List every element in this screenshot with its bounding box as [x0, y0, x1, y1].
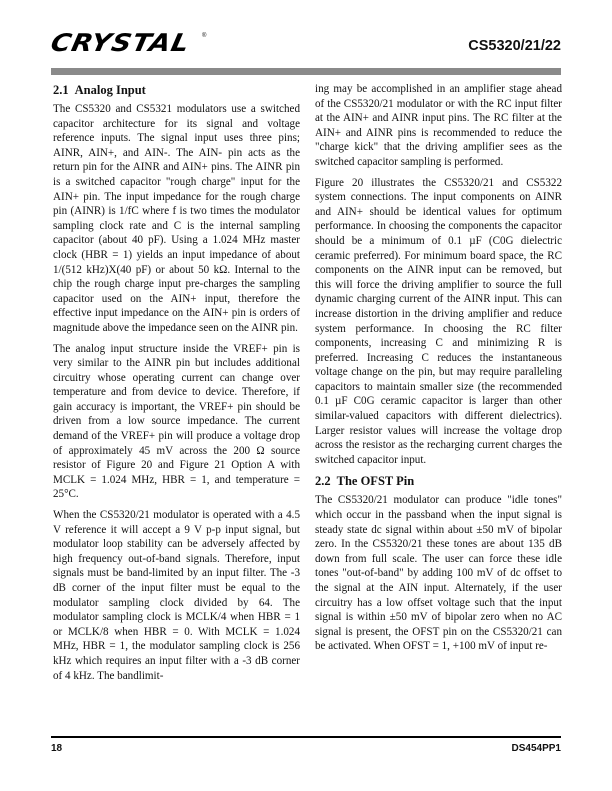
section-title: The OFST Pin — [337, 474, 415, 488]
registered-mark: ® — [202, 33, 206, 39]
header-divider-bar — [51, 68, 561, 75]
paragraph: When the CS5320/21 modulator is operated… — [53, 508, 300, 683]
section-number: 2.1 — [53, 83, 69, 97]
paragraph: ing may be accomplished in an amplifier … — [315, 82, 562, 170]
section-title: Analog Input — [75, 83, 146, 97]
page-number: 18 — [51, 743, 62, 754]
left-column: 2.1Analog Input The CS5320 and CS5321 mo… — [53, 82, 300, 689]
section-number: 2.2 — [315, 474, 331, 488]
section-heading-ofst-pin: 2.2The OFST Pin — [315, 473, 562, 490]
paragraph: The CS5320 and CS5321 modulators use a s… — [53, 102, 300, 336]
page-header: CRYSTAL ® CS5320/21/22 — [51, 30, 561, 60]
paragraph: The analog input structure inside the VR… — [53, 342, 300, 503]
crystal-logo: CRYSTAL ® — [51, 30, 201, 58]
logo-wordmark: CRYSTAL — [48, 31, 192, 56]
right-column: ing may be accomplished in an amplifier … — [315, 82, 562, 660]
footer-divider — [51, 736, 561, 738]
section-heading-analog-input: 2.1Analog Input — [53, 82, 300, 99]
datasheet-id: DS454PP1 — [512, 743, 561, 754]
document-title: CS5320/21/22 — [468, 38, 561, 54]
paragraph: Figure 20 illustrates the CS5320/21 and … — [315, 176, 562, 468]
paragraph: The CS5320/21 modulator can produce "idl… — [315, 493, 562, 654]
